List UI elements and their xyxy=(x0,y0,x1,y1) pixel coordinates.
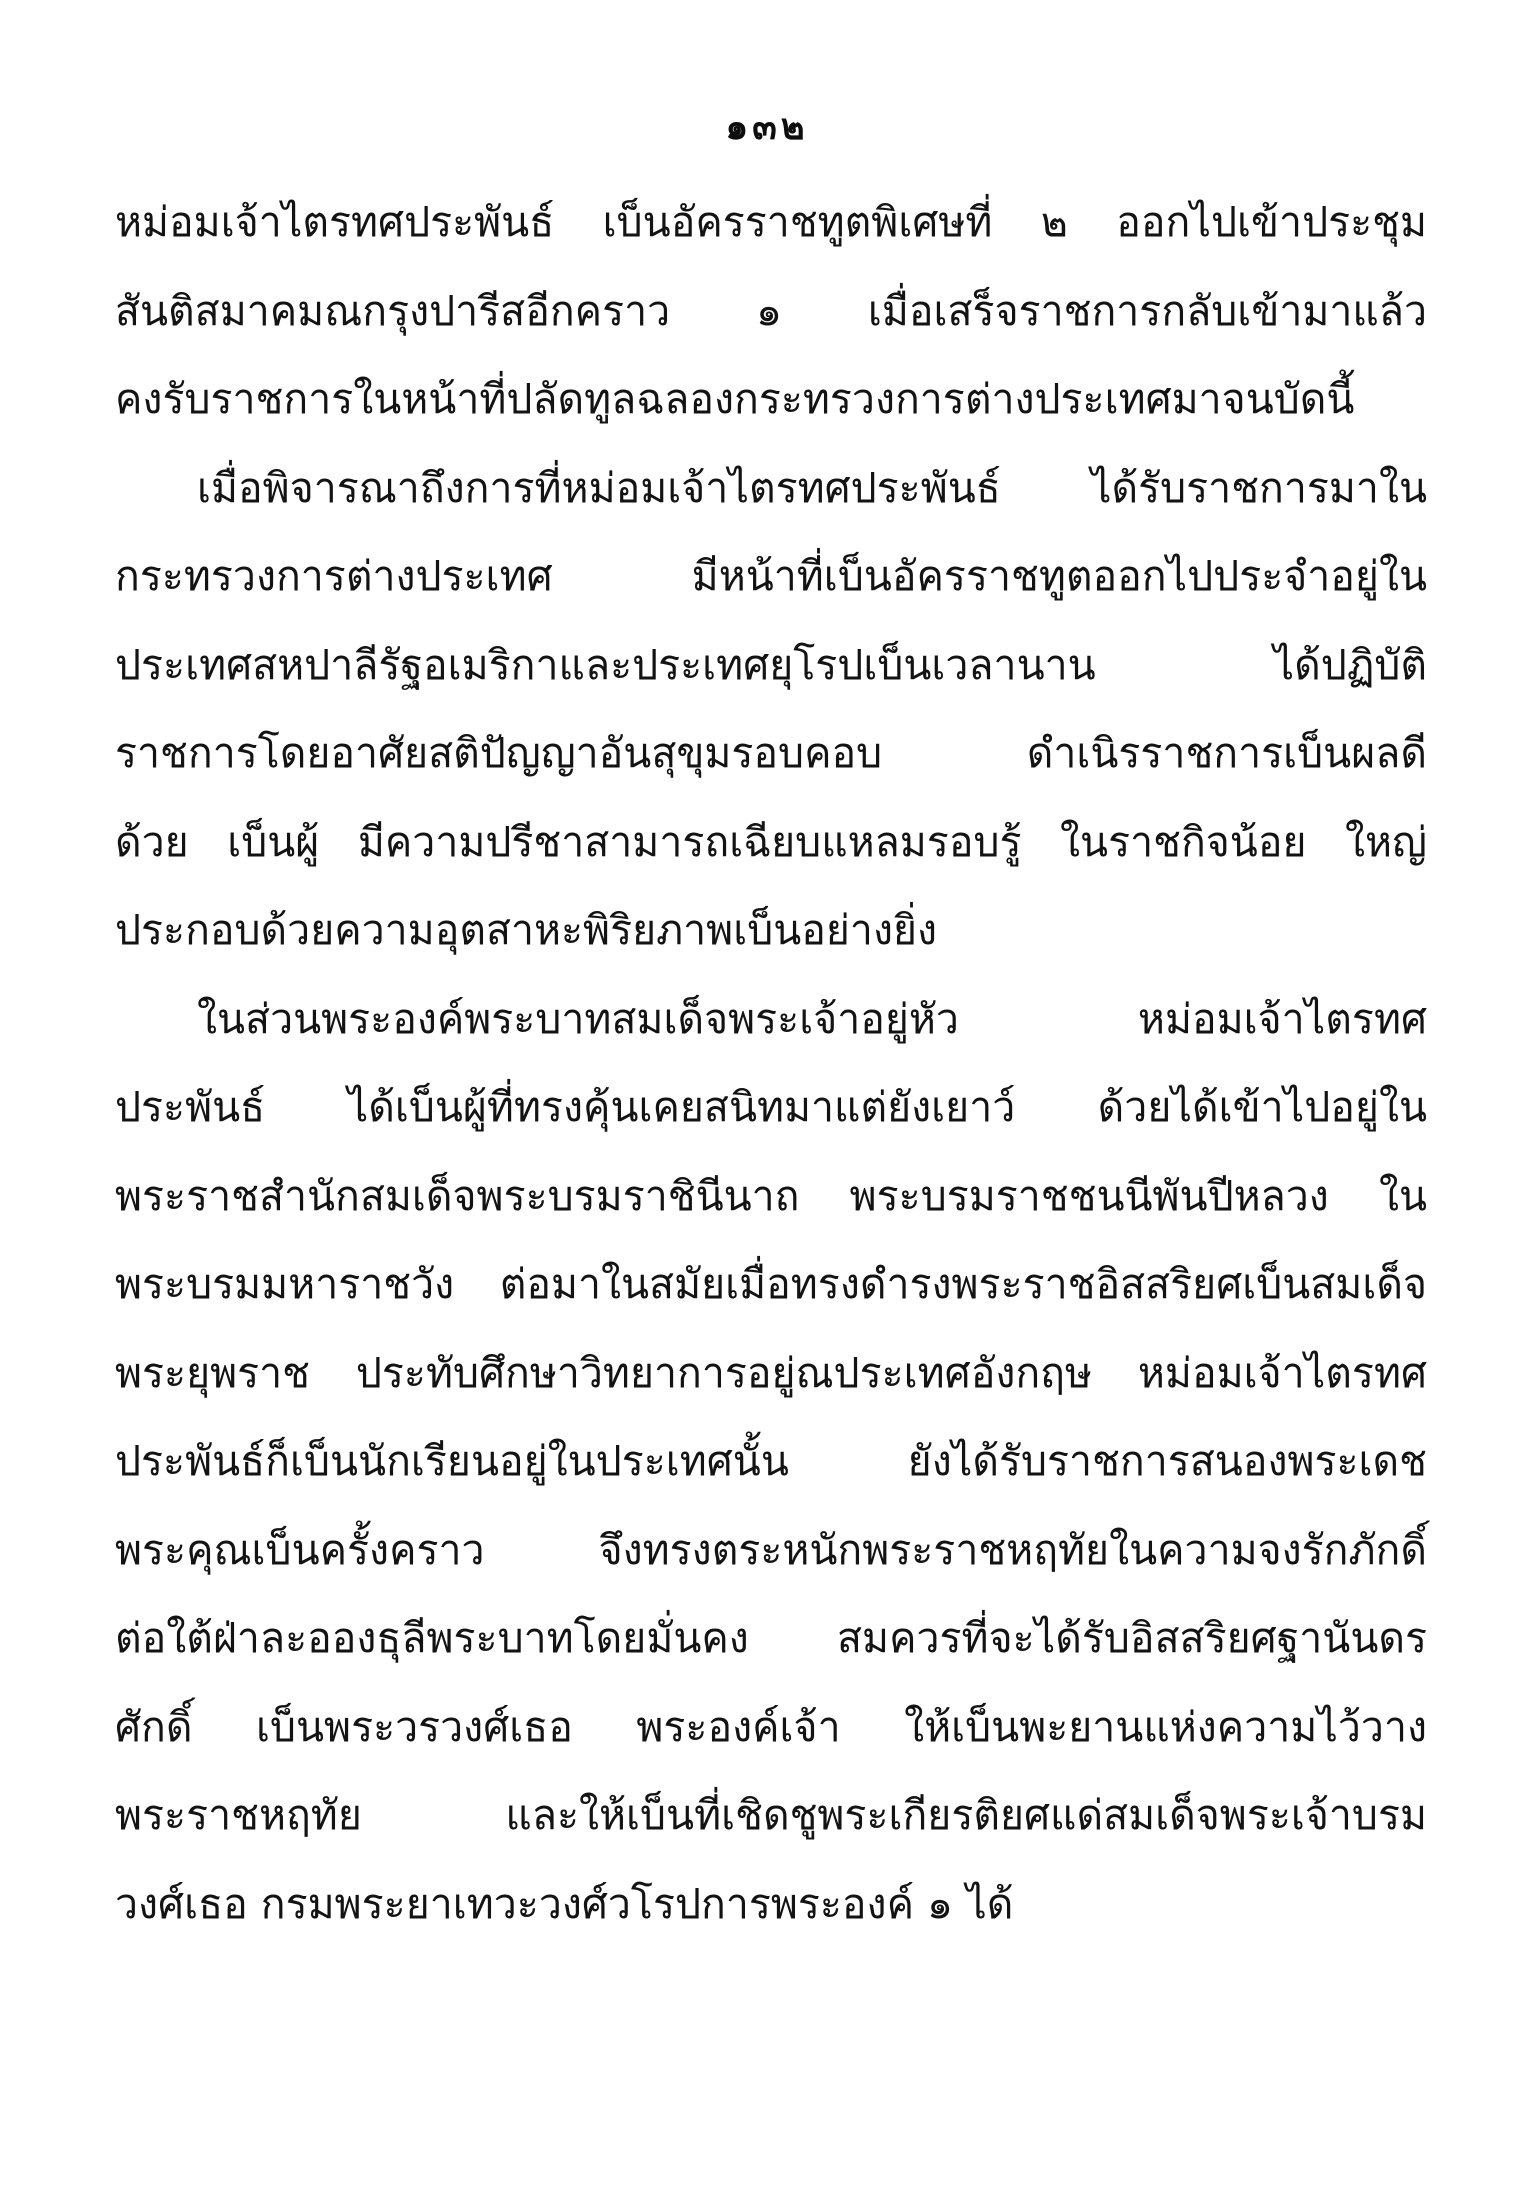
text-line: ประพันธ์ก็เบ็นนักเรียนอยู่ในประเทศนั้น ย… xyxy=(115,1417,1427,1506)
text-line: ประเทศสหปาลีรัฐอเมริกาและประเทศยุโรปเบ็น… xyxy=(115,621,1427,710)
text-line: ราชการโดยอาศัยสติปัญญาอันสุขุมรอบคอบ ดำเ… xyxy=(115,709,1427,798)
text-line: ในส่วนพระองค์พระบาทสมเด็จพระเจ้าอยู่หัว … xyxy=(115,975,1427,1064)
document-page: ๑๓๒ หม่อมเจ้าไตรทศประพันธ์ เบ็นอัครราชทู… xyxy=(0,0,1534,2209)
text-line: กระทรวงการต่างประเทศ มีหน้าที่เบ็นอัครรา… xyxy=(115,532,1427,621)
text-line: ด้วย เบ็นผู้ มีความปรีชาสามารถเฉียบแหลมร… xyxy=(115,798,1427,887)
text-line: พระคุณเบ็นครั้งคราว จึงทรงตระหนักพระราชห… xyxy=(115,1506,1427,1595)
text-line: หม่อมเจ้าไตรทศประพันธ์ เบ็นอัครราชทูตพิเ… xyxy=(115,178,1427,267)
text-line: เมื่อพิจารณาถึงการที่หม่อมเจ้าไตรทศประพั… xyxy=(115,444,1427,533)
text-line: วงศ์เธอ กรมพระยาเทวะวงศ์วโรปการพระองค์ ๑… xyxy=(115,1860,1427,1949)
body-text-block: หม่อมเจ้าไตรทศประพันธ์ เบ็นอัครราชทูตพิเ… xyxy=(115,178,1427,1948)
text-line: พระราชหฤทัย และให้เบ็นที่เชิดชูพระเกียรต… xyxy=(115,1771,1427,1860)
text-line: ศักดิ์ เบ็นพระวรวงศ์เธอ พระองค์เจ้า ให้เ… xyxy=(115,1683,1427,1772)
text-line: ประกอบด้วยความอุตสาหะพิริยภาพเบ็นอย่างยิ… xyxy=(115,886,1427,975)
text-line: ประพันธ์ ได้เบ็นผู้ที่ทรงคุ้นเคยสนิทมาแต… xyxy=(115,1063,1427,1152)
text-line: ต่อใต้ฝ่าละอองธุลีพระบาทโดยมั่นคง สมควรท… xyxy=(115,1594,1427,1683)
text-line: สันติสมาคมณกรุงปารีสอีกคราว ๑ เมื่อเสร็จ… xyxy=(115,267,1427,356)
text-line: พระราชสำนักสมเด็จพระบรมราชินีนาถ พระบรมร… xyxy=(115,1152,1427,1241)
text-line: พระบรมมหาราชวัง ต่อมาในสมัยเมื่อทรงดำรงพ… xyxy=(115,1240,1427,1329)
page-number: ๑๓๒ xyxy=(0,98,1534,155)
text-line: พระยุพราช ประทับศึกษาวิทยาการอยู่ณประเทศ… xyxy=(115,1329,1427,1418)
text-line: คงรับราชการในหน้าที่ปลัดทูลฉลองกระทรวงกา… xyxy=(115,355,1427,444)
